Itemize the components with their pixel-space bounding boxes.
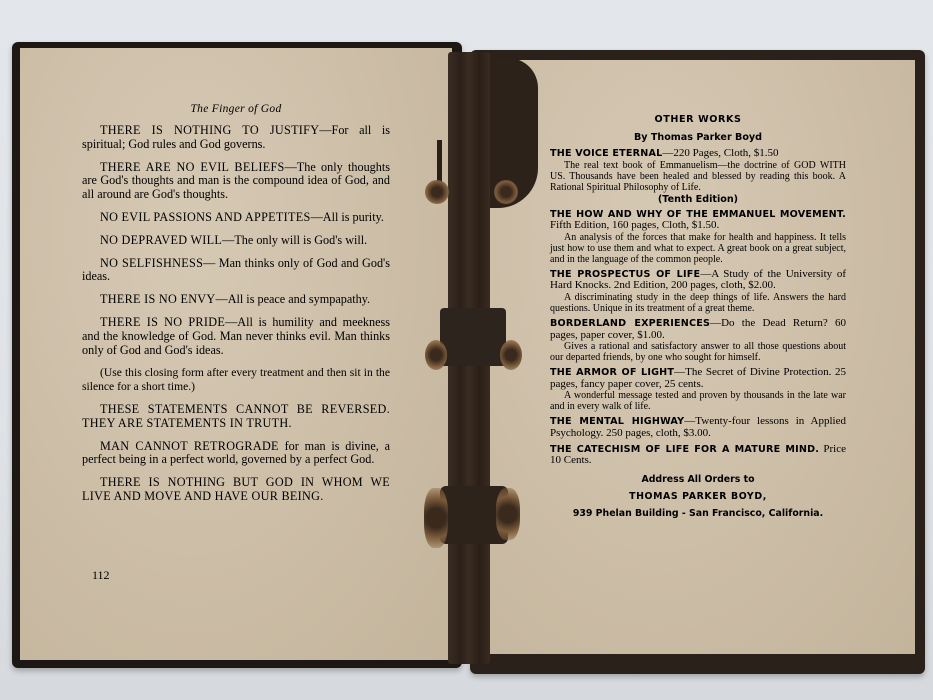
paragraph-lead: THERE IS NOTHING TO JUSTIFY — [100, 123, 319, 137]
book-entry: THE PROSPECTUS OF LIFE—A Study of the Un… — [550, 269, 846, 314]
paragraph-lead: NO DEPRAVED WILL — [100, 233, 222, 247]
book-entry-heading: THE HOW AND WHY OF THE EMMANUEL MOVEMENT… — [550, 209, 846, 232]
other-works-title: OTHER WORKS — [550, 114, 846, 125]
running-head: The Finger of God — [82, 103, 390, 115]
binding-hole — [425, 340, 447, 370]
binding-clip — [440, 308, 506, 366]
paragraph-lead: THERE IS NOTHING BUT GOD IN WHOM WE LIVE… — [82, 475, 390, 503]
book-entry: BORDERLAND EXPERIENCES—Do the Dead Retur… — [550, 318, 846, 363]
address-street: 939 Phelan Building - San Francisco, Cal… — [550, 508, 846, 519]
book-details: Fifth Edition, 160 pages, Cloth, $1.50. — [550, 219, 719, 231]
paragraph-lead: THERE ARE NO EVIL BELIEFS — [100, 160, 285, 174]
paragraph: NO SELFISHNESS— Man thinks only of God a… — [82, 257, 390, 285]
book-title: THE PROSPECTUS OF LIFE — [550, 269, 700, 280]
book-description: An analysis of the forces that make for … — [550, 232, 846, 265]
book-entry: THE HOW AND WHY OF THE EMMANUEL MOVEMENT… — [550, 209, 846, 265]
book-description: A wonderful message tested and proven by… — [550, 390, 846, 412]
paragraph: THERE IS NOTHING TO JUSTIFY—For all is s… — [82, 124, 390, 152]
binding-hole — [425, 180, 449, 204]
book-entry: THE CATECHISM OF LIFE FOR A MATURE MIND.… — [550, 444, 846, 467]
book-entry: THE ARMOR OF LIGHT—The Secret of Divine … — [550, 367, 846, 412]
paragraph-lead: THERE IS NO ENVY — [100, 292, 216, 306]
book-entry: THE VOICE ETERNAL—220 Pages, Cloth, $1.5… — [550, 148, 846, 205]
paragraph-text: —All is peace and sympapathy. — [216, 292, 371, 306]
paragraph: THERE ARE NO EVIL BELIEFS—The only thoug… — [82, 161, 390, 202]
book-entry: THE MENTAL HIGHWAY—Twenty-four lessons i… — [550, 416, 846, 439]
address-name: THOMAS PARKER BOYD, — [550, 491, 846, 502]
paragraph: NO DEPRAVED WILL—The only will is God's … — [82, 234, 390, 248]
book-title: BORDERLAND EXPERIENCES — [550, 318, 710, 329]
binding-hole — [500, 340, 522, 370]
binding-hole — [494, 180, 518, 204]
book-entry-heading: THE VOICE ETERNAL—220 Pages, Cloth, $1.5… — [550, 148, 846, 160]
paragraph: THERE IS NOTHING BUT GOD IN WHOM WE LIVE… — [82, 476, 390, 504]
book-edition: (Tenth Edition) — [550, 194, 846, 205]
order-address: Address All Orders to THOMAS PARKER BOYD… — [550, 474, 846, 519]
paragraph-lead: NO EVIL PASSIONS AND APPETITES — [100, 210, 311, 224]
left-page-text: The Finger of God THERE IS NOTHING TO JU… — [82, 103, 390, 513]
paragraph-text: (Use this closing form after every treat… — [82, 366, 390, 393]
paragraph: MAN CANNOT RETROGRADE for man is divine,… — [82, 440, 390, 468]
book-title: THE MENTAL HIGHWAY — [550, 416, 684, 427]
paragraph-text: —All is purity. — [311, 210, 384, 224]
paragraph-lead: THERE IS NO PRIDE — [100, 315, 225, 329]
book-entry-heading: THE ARMOR OF LIGHT—The Secret of Divine … — [550, 367, 846, 390]
author-byline: By Thomas Parker Boyd — [550, 132, 846, 143]
book-title: THE ARMOR OF LIGHT — [550, 367, 674, 378]
book-details: —220 Pages, Cloth, $1.50 — [662, 147, 778, 159]
paragraph: THESE STATEMENTS CANNOT BE REVERSED. THE… — [82, 403, 390, 431]
book-description: The real text book of Emmanuelism—the do… — [550, 160, 846, 193]
book-title: THE HOW AND WHY OF THE EMMANUEL MOVEMENT… — [550, 209, 846, 220]
page-number: 112 — [92, 568, 110, 583]
address-intro: Address All Orders to — [550, 474, 846, 485]
book-title: THE CATECHISM OF LIFE FOR A MATURE MIND. — [550, 444, 819, 455]
paragraph-lead: NO SELFISHNESS — [100, 256, 203, 270]
paragraph-lead: THESE STATEMENTS CANNOT BE REVERSED. THE… — [82, 402, 390, 430]
book-description: A discriminating study in the deep thing… — [550, 292, 846, 314]
paragraph: NO EVIL PASSIONS AND APPETITES—All is pu… — [82, 211, 390, 225]
book-entry-heading: THE PROSPECTUS OF LIFE—A Study of the Un… — [550, 269, 846, 292]
book-entry-heading: THE MENTAL HIGHWAY—Twenty-four lessons i… — [550, 416, 846, 439]
paragraph: THERE IS NO PRIDE—All is humility and me… — [82, 316, 390, 357]
book-entry-heading: BORDERLAND EXPERIENCES—Do the Dead Retur… — [550, 318, 846, 341]
paragraph: (Use this closing form after every treat… — [82, 366, 390, 394]
book-description: Gives a rational and satisfactory answer… — [550, 341, 846, 363]
book-entry-heading: THE CATECHISM OF LIFE FOR A MATURE MIND.… — [550, 444, 846, 467]
binding-hole — [496, 488, 520, 540]
paragraph: THERE IS NO ENVY—All is peace and sympap… — [82, 293, 390, 307]
right-page-text: OTHER WORKS By Thomas Parker Boyd THE VO… — [550, 114, 846, 525]
paragraph-text: —The only will is God's will. — [222, 233, 367, 247]
binding-hole — [424, 488, 448, 548]
book-title: THE VOICE ETERNAL — [550, 148, 662, 159]
paragraph-lead: MAN CANNOT RETROGRADE — [100, 439, 279, 453]
